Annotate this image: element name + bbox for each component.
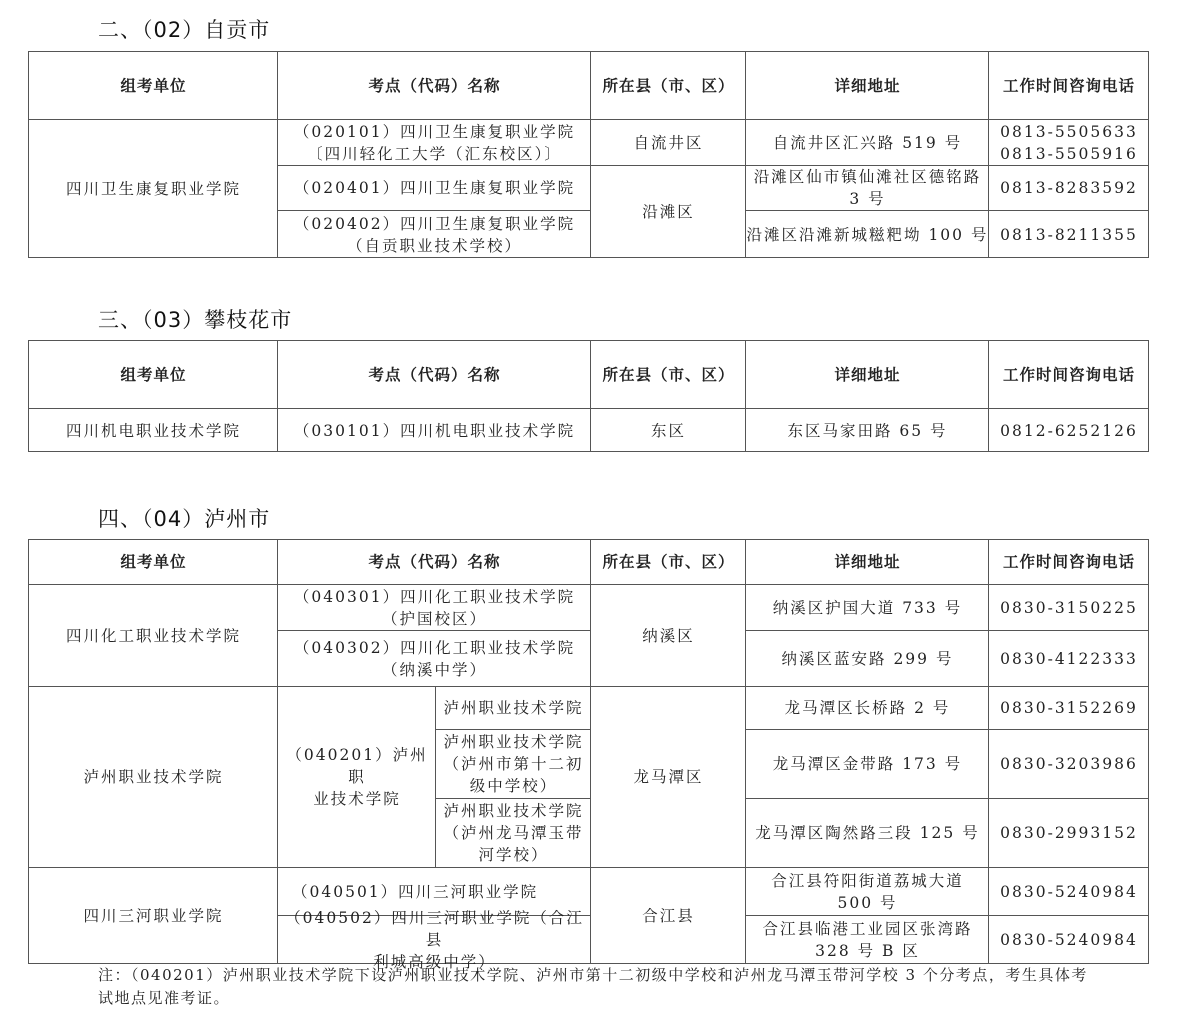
subsite-cell: 泸州职业技术学院 bbox=[436, 687, 591, 729]
district-cell: 龙马潭区 bbox=[591, 687, 746, 867]
org-cell: 四川三河职业学院 bbox=[29, 868, 278, 964]
section-title-zigong: 二、（02）自贡市 bbox=[98, 14, 270, 44]
site-cell: （040201）泸州职 业技术学院 bbox=[278, 687, 436, 867]
org-cell: 泸州职业技术学院 bbox=[29, 687, 278, 867]
phone-cell: 0830-3150225 bbox=[989, 585, 1149, 630]
header-district: 所在县（市、区） bbox=[591, 52, 746, 119]
header-site: 考点（代码）名称 bbox=[278, 52, 591, 119]
address-cell: 龙马潭区金带路 173 号 bbox=[746, 730, 989, 798]
district-cell: 东区 bbox=[591, 409, 746, 452]
header-phone: 工作时间咨询电话 bbox=[989, 341, 1149, 408]
table-zigong: 组考单位 考点（代码）名称 所在县（市、区） 详细地址 工作时间咨询电话 四川卫… bbox=[28, 51, 1149, 258]
header-address: 详细地址 bbox=[746, 540, 989, 584]
subsite-cell: 泸州职业技术学院 （泸州市第十二初 级中学校） bbox=[436, 730, 591, 798]
address-cell: 纳溪区蓝安路 299 号 bbox=[746, 631, 989, 686]
header-address: 详细地址 bbox=[746, 341, 989, 408]
table-panzhihua: 组考单位 考点（代码）名称 所在县（市、区） 详细地址 工作时间咨询电话 四川机… bbox=[28, 340, 1149, 452]
phone-cell: 0812-6252126 bbox=[989, 409, 1149, 452]
header-org: 组考单位 bbox=[29, 540, 278, 584]
address-cell: 自流井区汇兴路 519 号 bbox=[746, 120, 989, 165]
org-cell: 四川卫生康复职业学院 bbox=[29, 120, 278, 258]
address-cell: 合江县临港工业园区张湾路 328 号 B 区 bbox=[746, 916, 989, 964]
section-title-luzhou: 四、（04）泸州市 bbox=[98, 503, 270, 533]
header-org: 组考单位 bbox=[29, 52, 278, 119]
header-address: 详细地址 bbox=[746, 52, 989, 119]
site-cell: （020402）四川卫生康复职业学院 （自贡职业技术学校） bbox=[278, 211, 591, 258]
phone-cell: 0830-2993152 bbox=[989, 799, 1149, 867]
org-cell: 四川化工职业技术学院 bbox=[29, 585, 278, 686]
site-cell: （040302）四川化工职业技术学院 （纳溪中学） bbox=[278, 631, 591, 686]
address-cell: 合江县符阳街道荔城大道 500 号 bbox=[746, 868, 989, 915]
header-phone: 工作时间咨询电话 bbox=[989, 52, 1149, 119]
phone-cell: 0830-3203986 bbox=[989, 730, 1149, 798]
district-cell: 沿滩区 bbox=[591, 166, 746, 258]
subsite-cell: 泸州职业技术学院 （泸州龙马潭玉带 河学校） bbox=[436, 799, 591, 867]
address-cell: 龙马潭区陶然路三段 125 号 bbox=[746, 799, 989, 867]
header-site: 考点（代码）名称 bbox=[278, 341, 591, 408]
address-cell: 沿滩区沿滩新城糍粑坳 100 号 bbox=[746, 211, 989, 258]
header-org: 组考单位 bbox=[29, 341, 278, 408]
phone-cell: 0813-8211355 bbox=[989, 211, 1149, 258]
phone-cell: 0813-5505633 0813-5505916 bbox=[989, 120, 1149, 165]
site-cell: （020101）四川卫生康复职业学院 〔四川轻化工大学（汇东校区）〕 bbox=[278, 120, 591, 165]
header-site: 考点（代码）名称 bbox=[278, 540, 591, 584]
address-cell: 纳溪区护国大道 733 号 bbox=[746, 585, 989, 630]
district-cell: 合江县 bbox=[591, 868, 746, 964]
address-cell: 龙马潭区长桥路 2 号 bbox=[746, 687, 989, 729]
district-cell: 纳溪区 bbox=[591, 585, 746, 686]
phone-cell: 0830-4122333 bbox=[989, 631, 1149, 686]
site-cell: （040301）四川化工职业技术学院 （护国校区） bbox=[278, 585, 591, 630]
address-cell: 沿滩区仙市镇仙滩社区德铭路 3 号 bbox=[746, 166, 989, 210]
site-cell: （020401）四川卫生康复职业学院 bbox=[278, 166, 591, 210]
phone-cell: 0813-8283592 bbox=[989, 166, 1149, 210]
section-title-panzhihua: 三、（03）攀枝花市 bbox=[98, 304, 292, 334]
footnote: 注：（040201）泸州职业技术学院下设泸州职业技术学院、泸州市第十二初级中学校… bbox=[98, 964, 1088, 1010]
site-cell: （040502）四川三河职业学院（合江县 利城高级中学） bbox=[278, 916, 591, 964]
org-cell: 四川机电职业技术学院 bbox=[29, 409, 278, 452]
header-phone: 工作时间咨询电话 bbox=[989, 540, 1149, 584]
site-cell: （030101）四川机电职业技术学院 bbox=[278, 409, 591, 452]
district-cell: 自流井区 bbox=[591, 120, 746, 165]
address-cell: 东区马家田路 65 号 bbox=[746, 409, 989, 452]
header-district: 所在县（市、区） bbox=[591, 341, 746, 408]
phone-cell: 0830-3152269 bbox=[989, 687, 1149, 729]
header-district: 所在县（市、区） bbox=[591, 540, 746, 584]
phone-cell: 0830-5240984 bbox=[989, 916, 1149, 964]
table-luzhou: 组考单位 考点（代码）名称 所在县（市、区） 详细地址 工作时间咨询电话 四川化… bbox=[28, 539, 1149, 964]
phone-cell: 0830-5240984 bbox=[989, 868, 1149, 915]
